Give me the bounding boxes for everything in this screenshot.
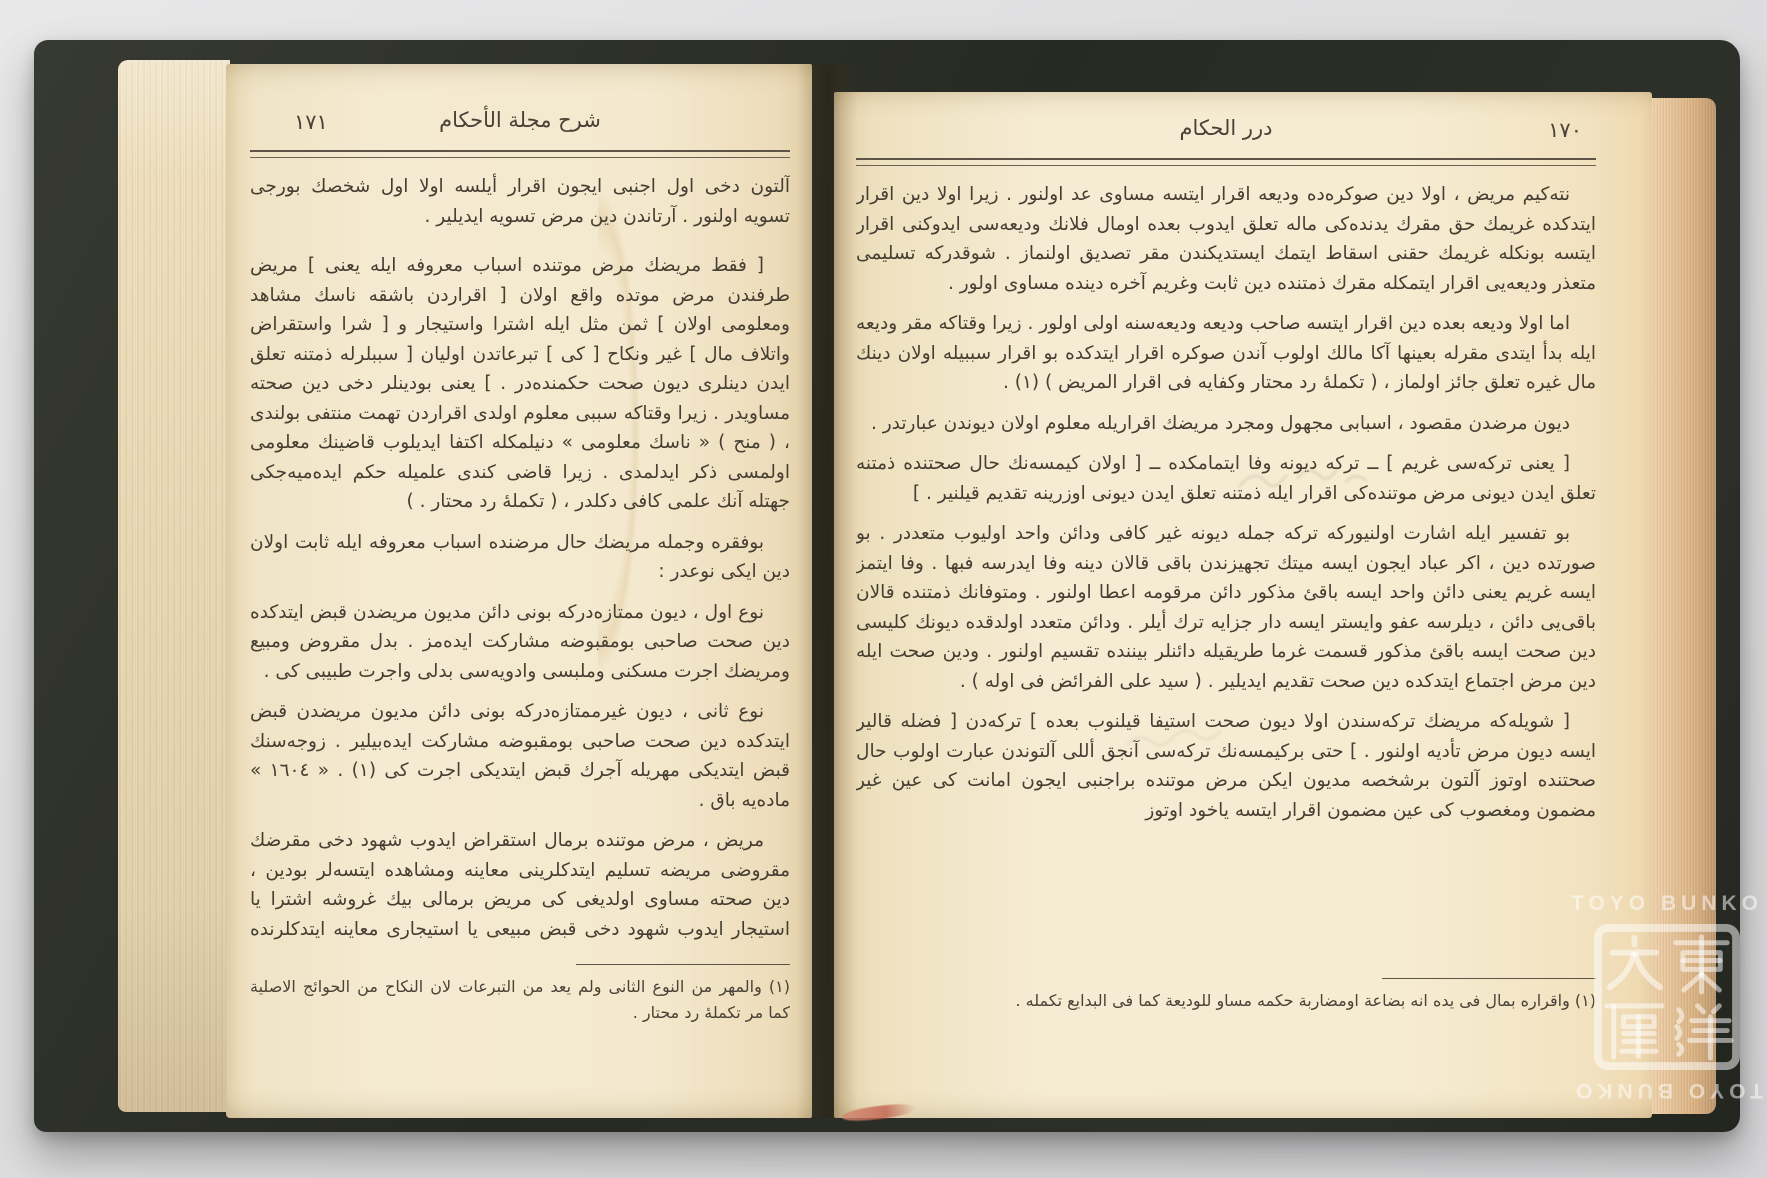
header-double-rule bbox=[250, 150, 790, 158]
body-paragraph: بوفقره وجمله مريضك حال مرضنده اسباب معرو… bbox=[250, 528, 790, 587]
header-double-rule bbox=[856, 158, 1596, 166]
footnote-rule bbox=[576, 964, 790, 965]
left-page-content: ١٧١ شرح مجلة الأحكام آلتون دخى اول اجنبى… bbox=[226, 64, 812, 1118]
body-paragraph: مريض ، مرض موتنده برمال استقراض ايدوب شه… bbox=[250, 826, 790, 940]
body-paragraph: نوع ثانى ، ديون غيرممتازه‌دركه بونى دائن… bbox=[250, 697, 790, 815]
body-paragraph: ديون مرضدن مقصود ، اسبابى مجهول ومجرد مر… bbox=[856, 409, 1596, 439]
right-page-content: ١٧٠ درر الحكام نته‌كيم مريض ، اولا دين ص… bbox=[834, 92, 1652, 1118]
pencil-annotation bbox=[1120, 720, 1240, 760]
pencil-annotation bbox=[1228, 448, 1378, 508]
right-page-number: ١٧٠ bbox=[1548, 118, 1582, 142]
photo-background: ١٧١ شرح مجلة الأحكام آلتون دخى اول اجنبى… bbox=[0, 0, 1767, 1178]
right-page: ١٧٠ درر الحكام نته‌كيم مريض ، اولا دين ص… bbox=[834, 92, 1652, 1118]
body-paragraph: [ يعنى تركه‌سى غريم ] ــ تركه ديونه وفا … bbox=[856, 449, 1596, 508]
footnote-text: (١) واقراره بمال فى يده انه بضاعة اومضار… bbox=[856, 988, 1596, 1014]
right-page-header: ١٧٠ درر الحكام bbox=[856, 116, 1596, 152]
body-paragraph: اما اولا وديعه بعده دين اقرار ايتسه صاحب… bbox=[856, 309, 1596, 398]
left-page: ١٧١ شرح مجلة الأحكام آلتون دخى اول اجنبى… bbox=[226, 64, 812, 1118]
left-page-header: ١٧١ شرح مجلة الأحكام bbox=[250, 108, 790, 144]
gutter-shadow bbox=[796, 64, 858, 1118]
body-paragraph: نوع اول ، ديون ممتازه‌دركه بونى دائن مدي… bbox=[250, 598, 790, 687]
body-paragraph: [ فقط مريضك مرض موتنده اسباب معروفه ايله… bbox=[250, 251, 790, 517]
right-running-title: درر الحكام bbox=[856, 116, 1596, 140]
left-page-edge-stack bbox=[118, 60, 230, 1112]
right-page-body: نته‌كيم مريض ، اولا دين صوكره‌ده وديعه ا… bbox=[856, 180, 1596, 962]
footnote-text: (١) والمهر من النوع الثانى ولم يعد من ال… bbox=[250, 974, 790, 1026]
left-page-body: آلتون دخى اول اجنبى ايجون اقرار أيلسه او… bbox=[250, 172, 790, 940]
body-paragraph: آلتون دخى اول اجنبى ايجون اقرار أيلسه او… bbox=[250, 172, 790, 231]
right-page-footnote: (١) واقراره بمال فى يده انه بضاعة اومضار… bbox=[856, 978, 1596, 1014]
open-book: ١٧١ شرح مجلة الأحكام آلتون دخى اول اجنبى… bbox=[34, 40, 1740, 1132]
footnote-rule bbox=[1382, 978, 1596, 979]
left-page-number: ١٧١ bbox=[294, 110, 328, 134]
body-paragraph: نته‌كيم مريض ، اولا دين صوكره‌ده وديعه ا… bbox=[856, 180, 1596, 298]
left-running-title: شرح مجلة الأحكام bbox=[250, 108, 790, 132]
left-page-footnote: (١) والمهر من النوع الثانى ولم يعد من ال… bbox=[250, 964, 790, 1026]
body-paragraph: بو تفسير ايله اشارت اولنيوركه تركه جمله … bbox=[856, 519, 1596, 696]
